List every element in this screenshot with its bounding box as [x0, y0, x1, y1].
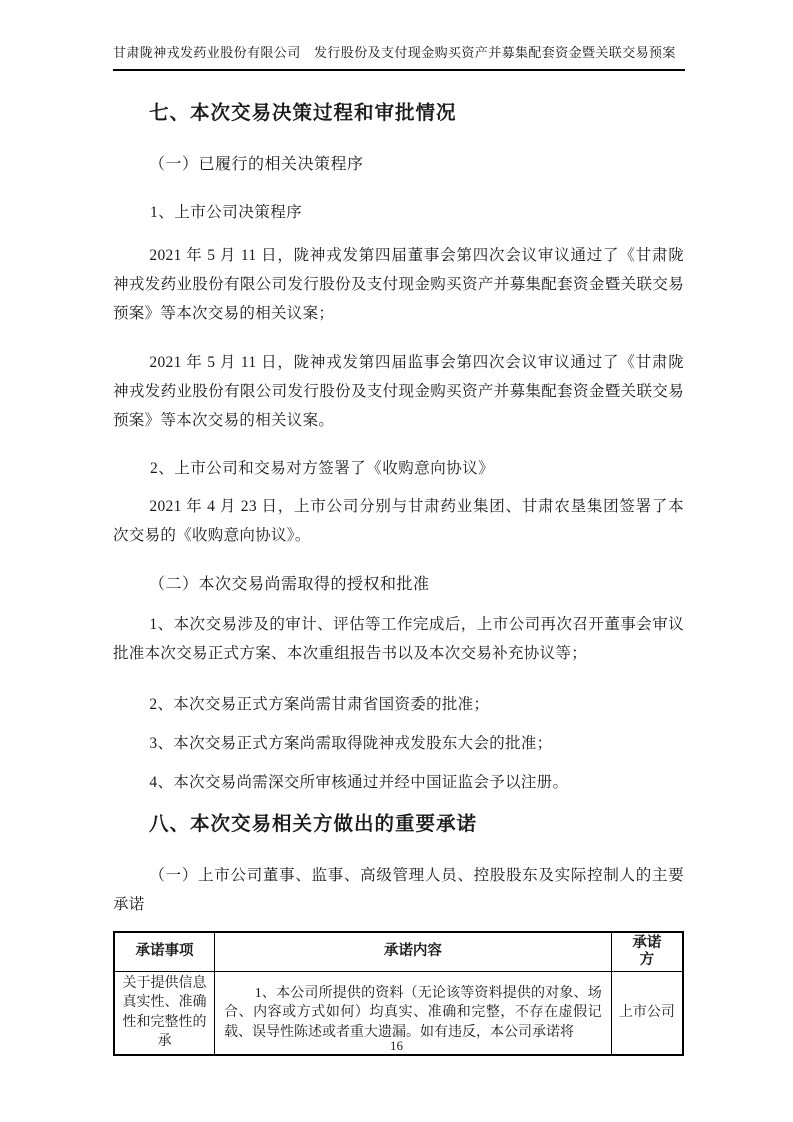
document-content: 七、本次交易决策过程和审批情况 （一）已履行的相关决策程序 1、上市公司决策程序…: [113, 100, 684, 1056]
section-7-item-1-title: 1、上市公司决策程序: [150, 202, 684, 223]
header-commitment-content: 承诺内容: [214, 932, 611, 972]
paragraph-intent-agreement: 2021 年 4 月 23 日，上市公司分别与甘肃药业集团、甘肃农垦集团签署了本…: [113, 493, 684, 551]
paragraph-supervisory-meeting: 2021 年 5 月 11 日，陇神戎发第四届监事会第四次会议审议通过了《甘肃陇…: [113, 349, 684, 435]
commitments-table-header-row: 承诺事项 承诺内容 承诺方: [114, 932, 683, 972]
section-7-sub-2-title: （二）本次交易尚需取得的授权和批准: [149, 574, 684, 596]
document-page: 甘肃陇神戎发药业股份有限公司 发行股份及支付现金购买资产并募集配套资金暨关联交易…: [0, 0, 793, 1122]
commitment-content-text: 1、本公司所提供的资料（无论该等资料提供的对象、场合、内容或方式如何）均真实、准…: [224, 984, 602, 1043]
page-number: 16: [0, 1038, 793, 1054]
page-header-text: 甘肃陇神戎发药业股份有限公司 发行股份及支付现金购买资产并募集配套资金暨关联交易…: [113, 45, 676, 60]
header-commitment-item: 承诺事项: [114, 932, 214, 972]
approval-item-3: 3、本次交易正式方案尚需取得陇神戎发股东大会的批准；: [113, 730, 684, 759]
approval-item-4: 4、本次交易尚需深交所审核通过并经中国证监会予以注册。: [113, 769, 684, 798]
section-8-title: 八、本次交易相关方做出的重要承诺: [149, 811, 684, 837]
section-7-title: 七、本次交易决策过程和审批情况: [149, 100, 684, 126]
paragraph-board-meeting: 2021 年 5 月 11 日，陇神戎发第四届董事会第四次会议审议通过了《甘肃陇…: [113, 242, 684, 328]
section-7-item-2-title: 2、上市公司和交易对方签署了《收购意向协议》: [150, 458, 684, 479]
section-7-sub-1-title: （一）已履行的相关决策程序: [149, 154, 684, 176]
approval-item-2: 2、本次交易正式方案尚需甘肃省国资委的批准；: [113, 691, 684, 720]
header-commitment-party: 承诺方: [611, 932, 683, 972]
approval-item-1: 1、本次交易涉及的审计、评估等工作完成后，上市公司再次召开董事会审议批准本次交易…: [113, 611, 684, 669]
page-header: 甘肃陇神戎发药业股份有限公司 发行股份及支付现金购买资产并募集配套资金暨关联交易…: [113, 44, 685, 71]
section-8-sub-1-title: （一）上市公司董事、监事、高级管理人员、控股股东及实际控制人的主要承诺: [113, 862, 684, 920]
